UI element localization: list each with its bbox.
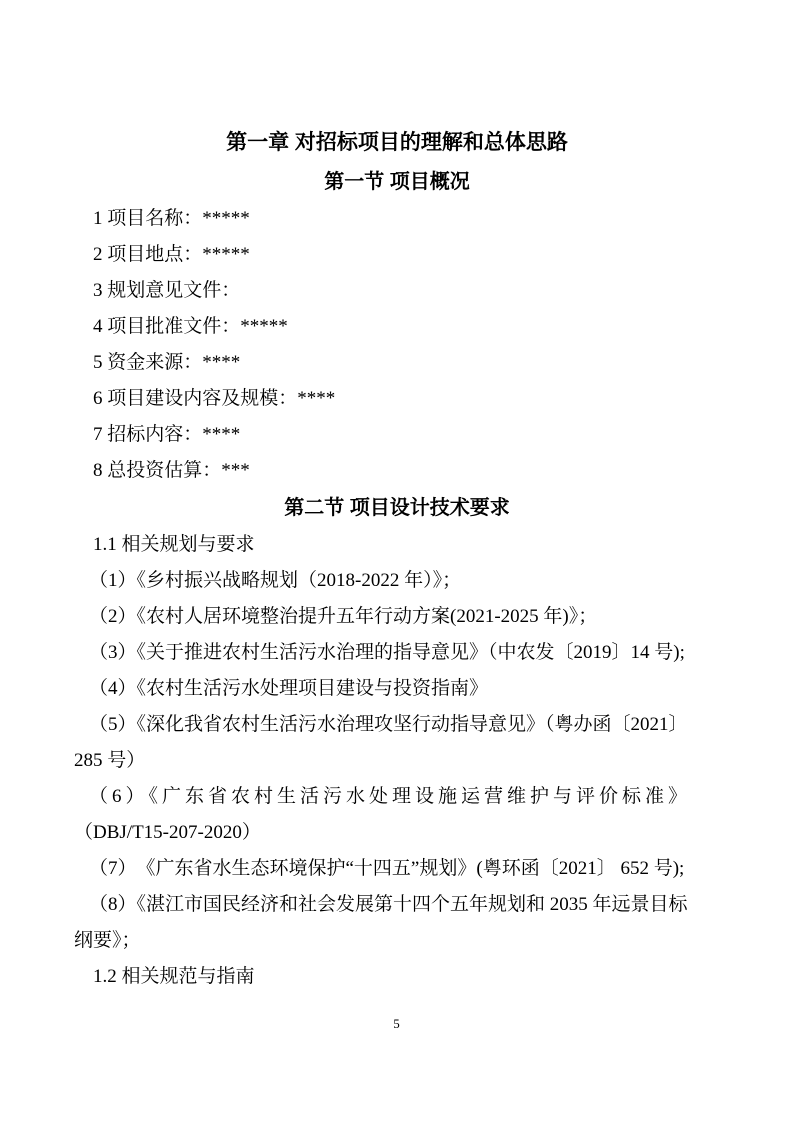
document-page: 第一章 对招标项目的理解和总体思路 第一节 项目概况 1 项目名称：***** … xyxy=(0,0,793,1122)
regulation-item-4: （4）《农村生活污水处理项目建设与投资指南》 xyxy=(74,671,720,707)
overview-item-4: 4 项目批准文件：***** xyxy=(74,309,720,345)
overview-item-3: 3 规划意见文件： xyxy=(74,273,720,309)
regulation-item-8-continuation: 纲要》； xyxy=(74,923,720,959)
overview-item-6: 6 项目建设内容及规模：**** xyxy=(74,381,720,417)
regulation-item-8: （8）《湛江市国民经济和社会发展第十四个五年规划和 2035 年远景目标 xyxy=(74,887,720,923)
overview-item-8: 8 总投资估算：*** xyxy=(74,453,720,489)
subsection-1-1-heading: 1.1 相关规划与要求 xyxy=(74,527,720,563)
regulation-item-5: （5）《深化我省农村生活污水治理攻坚行动指导意见》（粤办函〔2021〕 xyxy=(74,707,720,743)
overview-item-5: 5 资金来源：**** xyxy=(74,345,720,381)
regulation-item-3: （3）《关于推进农村生活污水治理的指导意见》（中农发〔2019〕14 号); xyxy=(74,635,720,671)
regulation-item-7: （7） 《广东省水生态环境保护“十四五”规划》(粤环函〔2021〕 652 号)… xyxy=(74,851,720,887)
section1-heading: 第一节 项目概况 xyxy=(74,163,720,201)
overview-item-2: 2 项目地点：***** xyxy=(74,237,720,273)
overview-item-7: 7 招标内容：**** xyxy=(74,417,720,453)
section2-heading: 第二节 项目设计技术要求 xyxy=(74,489,720,527)
subsection-1-2-heading: 1.2 相关规范与指南 xyxy=(74,959,720,995)
page-number: 5 xyxy=(0,1016,793,1032)
chapter-heading: 第一章 对招标项目的理解和总体思路 xyxy=(74,123,720,163)
regulation-item-1: （1）《乡村振兴战略规划（2018-2022 年）》； xyxy=(74,563,720,599)
regulation-item-2: （2）《农村人居环境整治提升五年行动方案(2021-2025 年)》； xyxy=(74,599,720,635)
overview-item-1: 1 项目名称：***** xyxy=(74,201,720,237)
regulation-item-6: （6）《广东省农村生活污水处理设施运营维护与评价标准》 xyxy=(74,779,720,815)
regulation-item-6-continuation: （DBJ/T15-207-2020） xyxy=(74,815,720,851)
regulation-item-5-continuation: 285 号） xyxy=(74,743,720,779)
